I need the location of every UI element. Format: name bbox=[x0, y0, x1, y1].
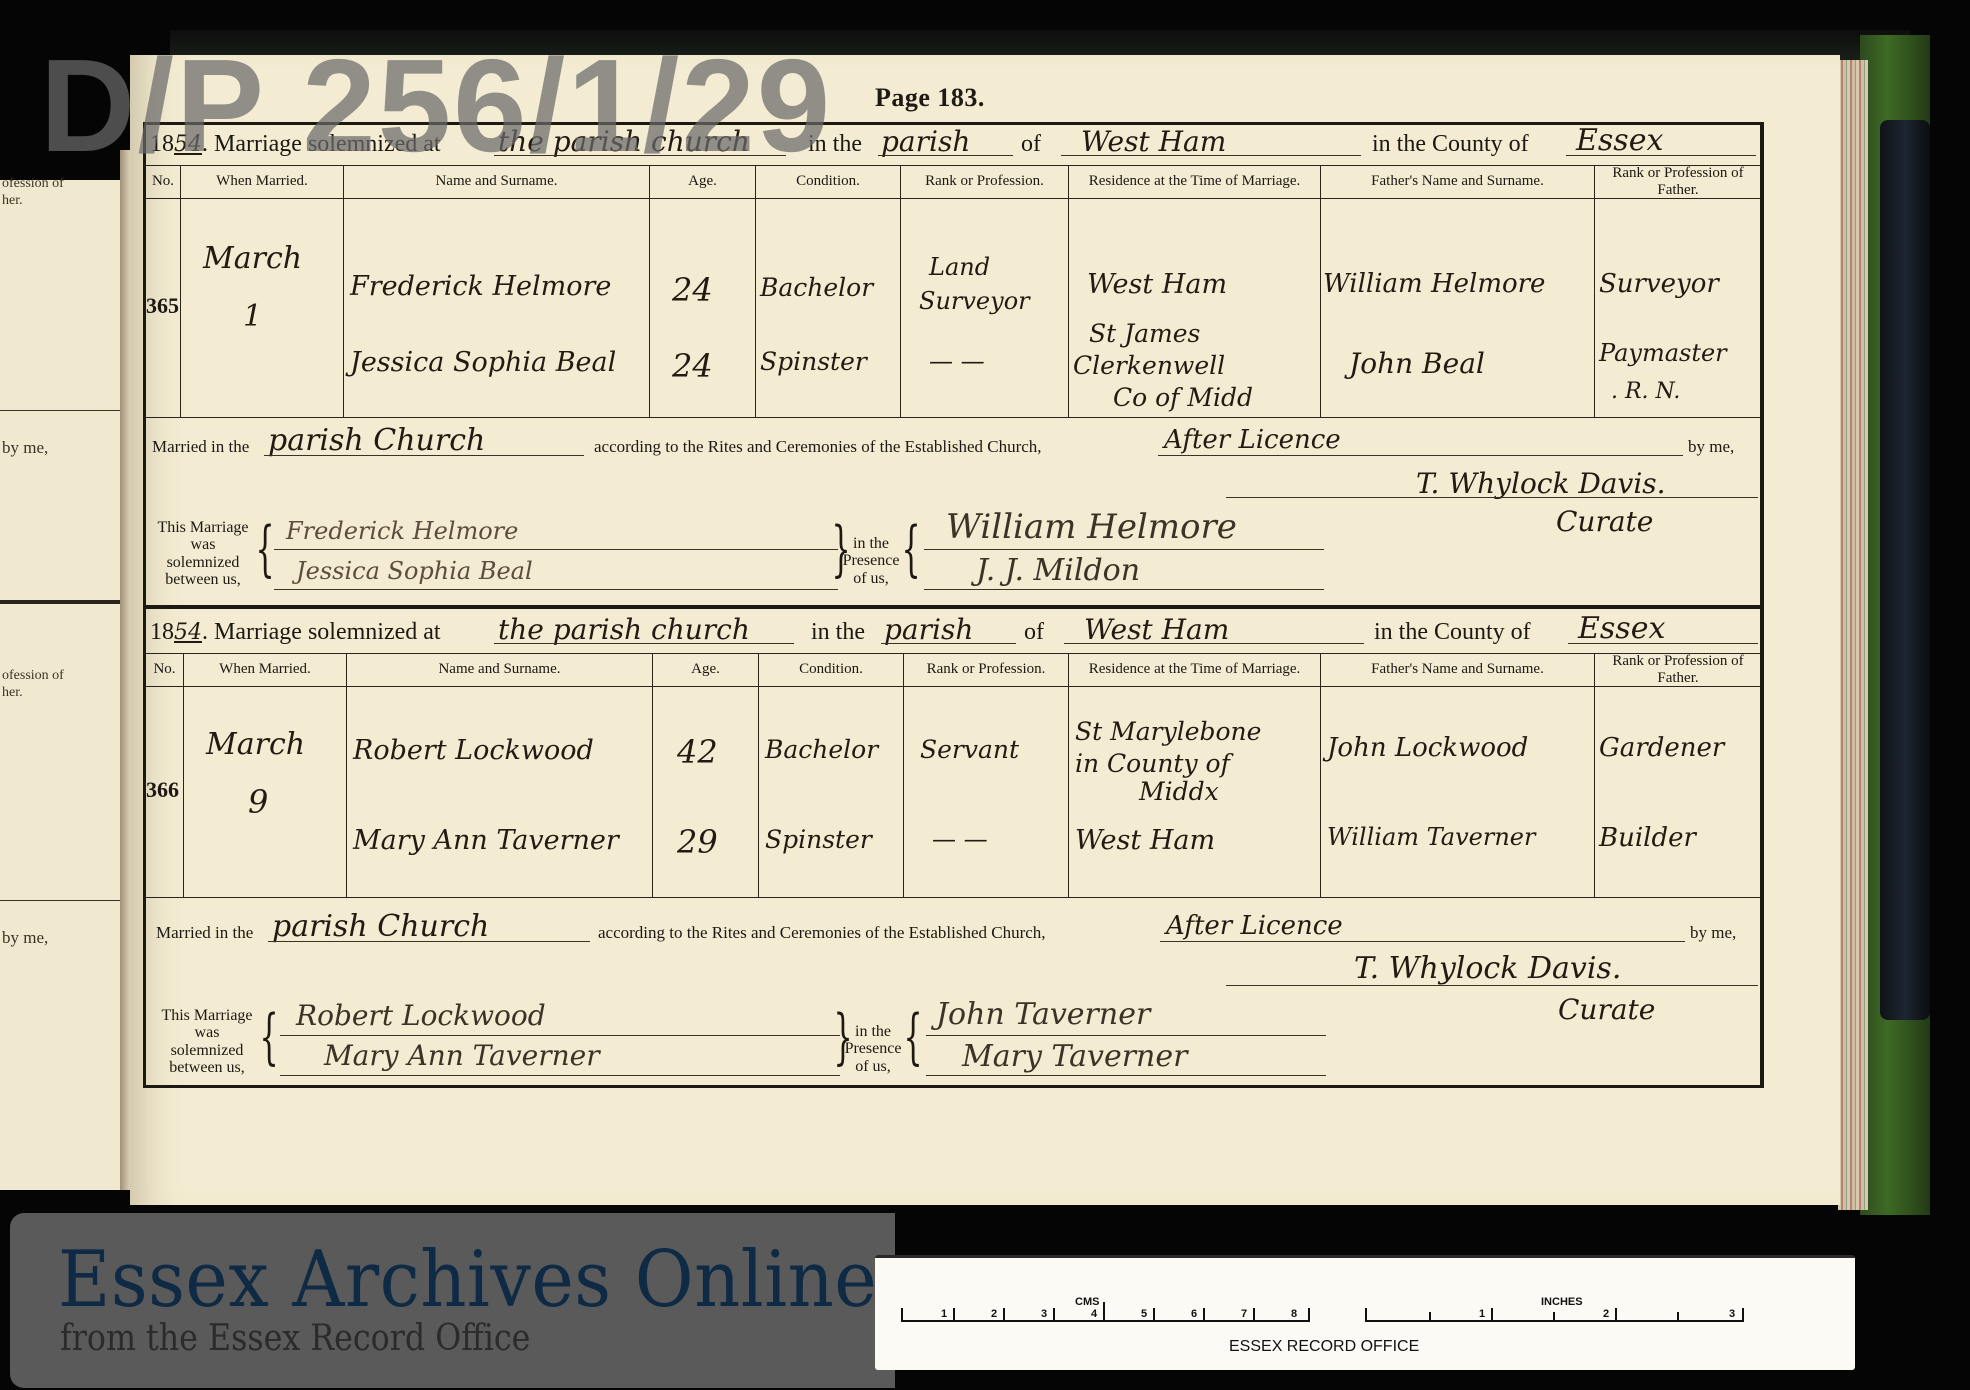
married-in-value: parish Church bbox=[268, 423, 485, 458]
cell-when-married: March 9 bbox=[184, 687, 347, 897]
officiant-signature: T. Whylock Davis. bbox=[1416, 467, 1666, 500]
page-number: Page 183. bbox=[875, 83, 985, 113]
witness-1: John Taverner bbox=[936, 997, 1150, 1032]
col-rank: Rank or Profession. bbox=[904, 653, 1069, 687]
left-page-header-2: ofession of her. bbox=[2, 668, 64, 702]
cell-fathers: John Lockwood William Taverner bbox=[1321, 687, 1595, 897]
place-value: the parish church bbox=[498, 613, 750, 646]
cell-ages: 42 29 bbox=[653, 687, 759, 897]
cell-father-ranks: Gardener Builder bbox=[1595, 687, 1761, 897]
scale-ruler: CMS 1 2 3 4 5 6 7 8 INCHES 1 2 3 ESSEX R… bbox=[875, 1255, 1855, 1370]
marriage-register-table: 1854. Marriage solemnized at the parish … bbox=[143, 122, 1764, 1088]
groom-signature: Frederick Helmore bbox=[286, 517, 518, 545]
married-in-value: parish Church bbox=[272, 909, 489, 944]
marriage-entry-365: 1854. Marriage solemnized at the parish … bbox=[146, 125, 1760, 609]
year-suffix: 54 bbox=[174, 620, 202, 645]
cell-when-married: March 1 bbox=[181, 199, 344, 417]
inch-label: INCHES bbox=[1541, 1296, 1583, 1308]
branding-subtitle: from the Essex Record Office bbox=[60, 1318, 530, 1359]
cm-label: CMS bbox=[1075, 1296, 1099, 1308]
col-father-rank: Rank or Profession of Father. bbox=[1595, 653, 1761, 687]
left-page: ofession of her. by me, ofession of her.… bbox=[0, 180, 123, 1190]
district-value: West Ham bbox=[1084, 613, 1229, 646]
licence-value: After Licence bbox=[1166, 911, 1343, 941]
witness-1: William Helmore bbox=[946, 507, 1237, 547]
cell-residences: St Marylebone in County of Middx West Ha… bbox=[1069, 687, 1321, 897]
marriage-entry-366: 1854. Marriage solemnized at the parish … bbox=[146, 613, 1760, 1088]
presence-label: in thePresenceof us, bbox=[838, 1023, 908, 1075]
bride-signature: Jessica Sophia Beal bbox=[296, 557, 533, 585]
presence-label: in thePresenceof us, bbox=[836, 535, 906, 587]
witness-2: Mary Taverner bbox=[962, 1039, 1187, 1074]
col-father-name: Father's Name and Surname. bbox=[1321, 165, 1595, 199]
entry-title-line: 1854. Marriage solemnized at the parish … bbox=[146, 613, 1760, 654]
inch-scale: 1 2 3 bbox=[1365, 1308, 1744, 1322]
col-condition: Condition. bbox=[759, 653, 904, 687]
officiant-signature: T. Whylock Davis. bbox=[1354, 951, 1621, 986]
groom-name: Frederick Helmore bbox=[350, 271, 611, 302]
county-value: Essex bbox=[1576, 123, 1663, 158]
book-page-edges bbox=[1838, 60, 1868, 1210]
bride-name: Mary Ann Taverner bbox=[353, 825, 619, 856]
solemnized-label: This Marriagewassolemnizedbetween us, bbox=[144, 519, 262, 588]
col-age: Age. bbox=[653, 653, 759, 687]
bride-signature: Mary Ann Taverner bbox=[324, 1039, 600, 1072]
col-rank: Rank or Profession. bbox=[901, 165, 1069, 199]
cell-father-ranks: Surveyor Paymaster . R. N. bbox=[1595, 199, 1761, 417]
col-residence: Residence at the Time of Marriage. bbox=[1069, 165, 1321, 199]
col-when-married: When Married. bbox=[184, 653, 347, 687]
branding-title: Essex Archives Online bbox=[58, 1235, 877, 1325]
groom-name: Robert Lockwood bbox=[353, 735, 594, 766]
reference-watermark: D/P 256/1/29 bbox=[40, 40, 832, 172]
district-type-value: parish bbox=[881, 125, 970, 158]
cm-scale: 1 2 3 4 5 6 7 8 bbox=[901, 1308, 1310, 1322]
officiant-title: Curate bbox=[1558, 993, 1655, 1026]
bride-name: Jessica Sophia Beal bbox=[350, 347, 616, 378]
district-type-value: parish bbox=[884, 613, 973, 646]
cell-conditions: Bachelor Spinster bbox=[756, 199, 901, 417]
col-residence: Residence at the Time of Marriage. bbox=[1069, 653, 1321, 687]
district-value: West Ham bbox=[1081, 125, 1226, 158]
cell-ages: 24 24 bbox=[650, 199, 756, 417]
col-father-rank: Rank or Profession of Father. bbox=[1595, 165, 1761, 199]
col-name: Name and Surname. bbox=[347, 653, 653, 687]
county-value: Essex bbox=[1578, 611, 1665, 646]
groom-signature: Robert Lockwood bbox=[296, 999, 546, 1032]
left-page-by-me-2: by me, bbox=[2, 928, 48, 948]
officiant-title: Curate bbox=[1556, 505, 1653, 538]
cell-no: 366 bbox=[146, 687, 184, 897]
left-page-by-me: by me, bbox=[2, 438, 48, 458]
cell-names: Frederick Helmore Jessica Sophia Beal bbox=[344, 199, 650, 417]
cell-conditions: Bachelor Spinster bbox=[759, 687, 904, 897]
witness-2: J. J. Mildon bbox=[976, 553, 1140, 588]
cell-no: 365 bbox=[146, 199, 181, 417]
licence-value: After Licence bbox=[1164, 425, 1341, 455]
col-no: No. bbox=[146, 653, 184, 687]
ruler-caption: ESSEX RECORD OFFICE bbox=[1229, 1338, 1419, 1356]
col-father-name: Father's Name and Surname. bbox=[1321, 653, 1595, 687]
cell-ranks: Land Surveyor — — bbox=[901, 199, 1069, 417]
left-page-header: ofession of her. bbox=[2, 176, 64, 210]
book-cloth-binding bbox=[1880, 120, 1930, 1020]
cell-ranks: Servant — — bbox=[904, 687, 1069, 897]
cell-residences: West Ham St James Clerkenwell Co of Midd bbox=[1069, 199, 1321, 417]
cell-names: Robert Lockwood Mary Ann Taverner bbox=[347, 687, 653, 897]
solemnized-label: This Marriagewassolemnizedbetween us, bbox=[148, 1007, 266, 1076]
cell-fathers: William Helmore John Beal bbox=[1321, 199, 1595, 417]
